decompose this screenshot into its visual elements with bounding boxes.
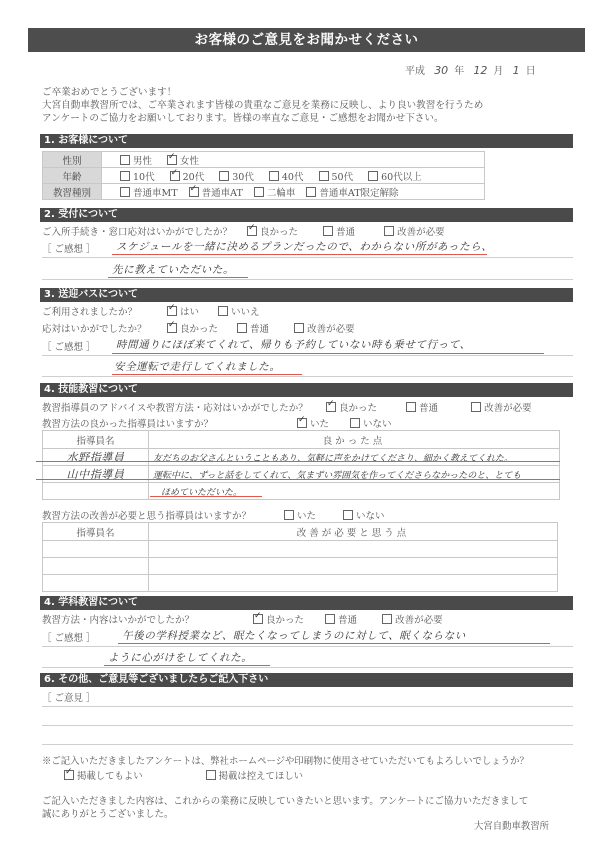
option-label: 女性 [180,156,199,167]
reception-good-option[interactable]: 良かった [247,224,298,238]
option-label: 普通 [336,227,355,238]
option-label: 改善が必要 [395,615,443,626]
option-label: はい [180,307,199,318]
writing-line [42,279,573,280]
bus-use-question: ご利用されましたか？ [42,304,137,318]
checkbox-checked[interactable] [167,306,177,316]
section-reception-header: 2. 受付について [40,208,573,222]
section-academic-header: 4. 学科教習について [40,596,573,610]
date-year[interactable]: 30 [434,64,448,77]
checkbox[interactable] [120,171,130,181]
checkbox[interactable] [350,418,360,428]
academic-comment-line-1[interactable]: 午後の学科授業など、眠たくなってしまうのに対して、眠くならない [122,628,466,643]
bus-service-options: 良かった 普通 改善が必要 [167,321,367,335]
red-underline [118,643,550,644]
option-label: 掲載は控えてほしい [219,771,303,782]
checkbox-checked[interactable] [253,614,263,624]
checkbox[interactable] [306,187,316,197]
bus-improve-option[interactable]: 改善が必要 [294,321,355,335]
option-label: 20代 [183,172,205,183]
course-type-options: 普通車MT 普通車AT 二輪車 普通車AT限定解除 [102,184,485,200]
checkbox[interactable] [219,171,229,181]
school-signature: 大宮自動車教習所 [474,818,549,832]
checkbox[interactable] [218,306,228,316]
checkbox[interactable] [323,226,333,236]
intro-line: ご卒業おめでとうございます！ [42,86,483,99]
red-underline [150,496,262,497]
option-label: 二輪車 [267,188,296,199]
checkbox-checked[interactable] [247,226,257,236]
gender-female-option[interactable]: 女性 [167,153,199,167]
reception-normal-option[interactable]: 普通 [323,224,355,238]
instructor-name-cell[interactable] [43,575,149,592]
section-customer-header: 1. お客様について [40,134,573,148]
reception-comment-line-1[interactable]: スケジュールを一緒に決めるプランだったので、わからない所があったら、 [116,239,492,254]
option-label: いない [363,419,392,430]
instructor-name-cell[interactable] [43,483,149,500]
option-label: 改善が必要 [484,403,532,414]
red-underline [36,461,560,462]
option-label: 50代 [332,172,354,183]
checkbox-checked[interactable] [297,418,307,428]
closing-line: ご記入いただきました内容は、これからの業務に反映していきたいと思います。アンケー… [42,795,528,808]
option-label: 改善が必要 [397,227,445,238]
improve-instructor-question: 教習方法の改善が必要と思う指導員はいますか？ [42,508,251,522]
age-20s-option[interactable]: 20代 [170,169,205,183]
improve-points-cell[interactable] [149,558,558,575]
checkbox[interactable] [406,402,416,412]
option-label: 良かった [339,403,377,414]
checkbox[interactable] [384,226,394,236]
checkbox-checked[interactable] [64,770,74,780]
red-underline [112,353,544,354]
red-underline [108,277,248,278]
good-points-cell[interactable]: 友だちのお父さんということもあり、気軽に声をかけてくださり、細かく教えてくれた。 [149,449,560,466]
writing-line[interactable] [42,744,573,745]
checkbox[interactable] [319,171,329,181]
bus-use-yes-option[interactable]: はい [167,304,199,318]
red-underline [36,479,560,480]
improve-instructor-options: いた いない [284,508,397,522]
instructor-name-cell[interactable] [43,541,149,558]
practical-normal-option[interactable]: 普通 [406,400,438,414]
option-label: いいえ [231,307,260,318]
table-row [43,575,558,592]
reception-comment-label: ［ ご感想 ］ [42,241,96,255]
writing-line [42,646,573,647]
year-unit: 年 [454,66,464,77]
writing-line [42,257,573,258]
closing-line: 誠にありがとうございました。 [42,808,528,821]
improve-points-header: 改善が必要と思う点 [149,523,558,541]
writing-line [42,355,573,356]
writing-line[interactable] [42,725,573,726]
table-row [43,541,558,558]
day-unit: 日 [526,66,536,77]
improve-points-cell[interactable] [149,575,558,592]
academic-good-option[interactable]: 良かった [253,612,304,626]
checkbox[interactable] [368,171,378,181]
customer-info-table: 性別 男性 女性 年齢 10代 20代 30代 40代 50代 60代以上 教習… [42,151,485,200]
age-60s-plus-option[interactable]: 60代以上 [368,169,422,183]
age-40s-option[interactable]: 40代 [269,169,304,183]
age-50s-option[interactable]: 50代 [319,169,354,183]
section-other-header: 6. その他、ご意見等ございましたらご記入下さい [40,673,573,687]
section-practical-header: 4. 技能教習について [40,383,573,397]
age-10s-option[interactable]: 10代 [120,169,155,183]
bus-comment-line-2[interactable]: 安全運転で走行してくれました。 [114,359,281,374]
academic-comment-label: ［ ご感想 ］ [42,630,96,644]
closing-message: ご記入いただきました内容は、これからの業務に反映していきたいと思います。アンケー… [42,795,528,821]
writing-line[interactable] [42,706,573,707]
instructor-name-cell[interactable]: 水野指導員 [43,449,149,466]
checkbox[interactable] [254,187,264,197]
gender-options: 男性 女性 [102,152,485,168]
good-instructor-table: 指導員名 良かった点 水野指導員 友だちのお父さんということもあり、気軽に声をか… [42,430,560,500]
reception-options: 良かった 普通 改善が必要 [247,224,457,238]
table-header-row: 指導員名 良かった点 [43,431,560,449]
option-label: 改善が必要 [307,324,355,335]
option-label: 40代 [282,172,304,183]
table-row [43,558,558,575]
checkbox[interactable] [343,510,353,520]
other-comment-label: ［ ご意見 ］ [42,690,96,704]
gender-row: 性別 男性 女性 [43,152,485,168]
red-underline [112,374,302,375]
intro-text: ご卒業おめでとうございます！ 大宮自動車教習所では、ご卒業されます皆様の貴重なご… [42,86,483,125]
page-title: お客様のご意見をお聞かせください [28,28,585,52]
bus-normal-option[interactable]: 普通 [237,321,269,335]
section-shuttle-bus-header: 3. 送迎バスについて [40,288,573,302]
good-points-header: 良かった点 [149,431,560,449]
instructor-name-cell[interactable] [43,558,149,575]
improve-instructor-table: 指導員名 改善が必要と思う点 [42,522,558,592]
red-underline [104,665,270,666]
good-instructor-question: 教習方法の良かった指導員はいますか？ [42,416,213,430]
table-row: 水野指導員 友だちのお父さんということもあり、気軽に声をかけてくださり、細かく教… [43,449,560,466]
practical-advice-question: 教習指導員のアドバイスや教習方法・応対はいかがでしたか？ [42,400,308,414]
checkbox[interactable] [120,155,130,165]
academic-comment-line-2[interactable]: ように心がけをしてくれた。 [108,650,252,665]
improve-instructor-no-option[interactable]: いない [343,508,385,522]
bus-service-question: 応対はいかがでしたか？ [42,321,147,335]
writing-line [42,667,573,668]
checkbox[interactable] [284,510,294,520]
checkbox[interactable] [206,770,216,780]
checkbox[interactable] [382,614,392,624]
academic-improve-option[interactable]: 改善が必要 [382,612,443,626]
practical-improve-option[interactable]: 改善が必要 [471,400,532,414]
academic-question: 教習方法・内容はいかがでしたか？ [42,612,194,626]
option-label: 普通 [338,615,357,626]
practical-good-option[interactable]: 良かった [326,400,377,414]
red-underline [112,254,487,255]
option-label: 普通 [419,403,438,414]
academic-options: 良かった 普通 改善が必要 [253,612,455,626]
age-30s-option[interactable]: 30代 [219,169,254,183]
option-label: 60代以上 [381,172,422,183]
improve-points-cell[interactable] [149,541,558,558]
option-label: いた [297,511,316,522]
checkbox[interactable] [325,614,335,624]
intro-line: アンケートのご協力をお願いしております。皆様の率直なご意見・ご感想をお聞かせ下さ… [42,112,483,125]
option-label: いない [356,511,385,522]
publish-declined-option[interactable]: 掲載は控えてほしい [206,768,303,782]
checkbox-checked[interactable] [189,187,199,197]
month-unit: 月 [493,66,503,77]
option-label: 普通 [250,324,269,335]
option-label: 良かった [180,324,218,335]
gender-label: 性別 [43,152,102,168]
survey-date: 平成 30年 12月 1日 [405,62,536,77]
age-row: 年齢 10代 20代 30代 40代 50代 60代以上 [43,168,485,184]
bus-use-options: はい いいえ [167,304,272,318]
checkbox[interactable] [269,171,279,181]
bus-good-option[interactable]: 良かった [167,321,218,335]
instructor-name-header: 指導員名 [43,523,149,541]
intro-line: 大宮自動車教習所では、ご卒業されます皆様の貴重なご意見を業務に反映し、より良い教… [42,99,483,112]
instructor-name-header: 指導員名 [43,431,149,449]
checkbox[interactable] [120,187,130,197]
good-instructor-no-option[interactable]: いない [350,416,392,430]
good-instructor-yes-option[interactable]: いた [297,416,329,430]
course-at-option[interactable]: 普通車AT [189,185,243,199]
publish-consent-question: ※ご記入いただきましたアンケートは、弊社ホームページや印刷物に使用させていただい… [42,753,529,767]
checkbox[interactable] [294,323,304,333]
checkbox[interactable] [471,402,481,412]
checkbox-checked[interactable] [167,155,177,165]
option-label: 普通車MT [133,188,178,199]
option-label: 良かった [266,615,304,626]
checkbox-checked[interactable] [170,171,180,181]
course-mt-option[interactable]: 普通車MT [120,185,178,199]
academic-normal-option[interactable]: 普通 [325,612,357,626]
option-label: 普通車AT限定解除 [319,188,398,199]
course-type-row: 教習種別 普通車MT 普通車AT 二輪車 普通車AT限定解除 [43,184,485,200]
reception-improve-option[interactable]: 改善が必要 [384,224,445,238]
table-row: ほめていただいた。 [43,483,560,500]
course-at-limit-removal-option[interactable]: 普通車AT限定解除 [306,185,398,199]
reception-question: ご入所手続き・窓口応対はいかがでしたか？ [42,224,232,238]
bus-use-no-option[interactable]: いいえ [218,304,260,318]
checkbox-checked[interactable] [326,402,336,412]
option-label: 掲載してもよい [77,771,143,782]
option-label: 普通車AT [202,188,243,199]
good-instructor-options: いた いない [297,416,404,430]
writing-line [42,376,573,377]
checkbox[interactable] [237,323,247,333]
date-era: 平成 [405,66,425,77]
course-motorcycle-option[interactable]: 二輪車 [254,185,296,199]
option-label: 男性 [133,156,152,167]
bus-comment-label: ［ ご感想 ］ [42,339,96,353]
table-header-row: 指導員名 改善が必要と思う点 [43,523,558,541]
age-options: 10代 20代 30代 40代 50代 60代以上 [102,168,485,184]
course-type-label: 教習種別 [43,184,102,200]
checkbox-checked[interactable] [167,323,177,333]
date-month[interactable]: 12 [473,64,487,77]
reception-comment-line-2[interactable]: 先に教えていただいた。 [112,262,234,277]
publish-allowed-option[interactable]: 掲載してもよい [64,768,143,782]
option-label: 10代 [133,172,155,183]
bus-comment-line-1[interactable]: 時間通りにほぼ来てくれて、帰りも予約していない時も乗せて行って、 [116,337,471,352]
practical-advice-options: 良かった 普通 改善が必要 [326,400,544,414]
date-day[interactable]: 1 [513,64,520,77]
option-label: いた [310,419,329,430]
age-label: 年齢 [43,168,102,184]
option-label: 良かった [260,227,298,238]
gender-male-option[interactable]: 男性 [120,153,152,167]
option-label: 30代 [232,172,254,183]
publish-consent-options: 掲載してもよい 掲載は控えてほしい [64,768,315,782]
improve-instructor-yes-option[interactable]: いた [284,508,316,522]
